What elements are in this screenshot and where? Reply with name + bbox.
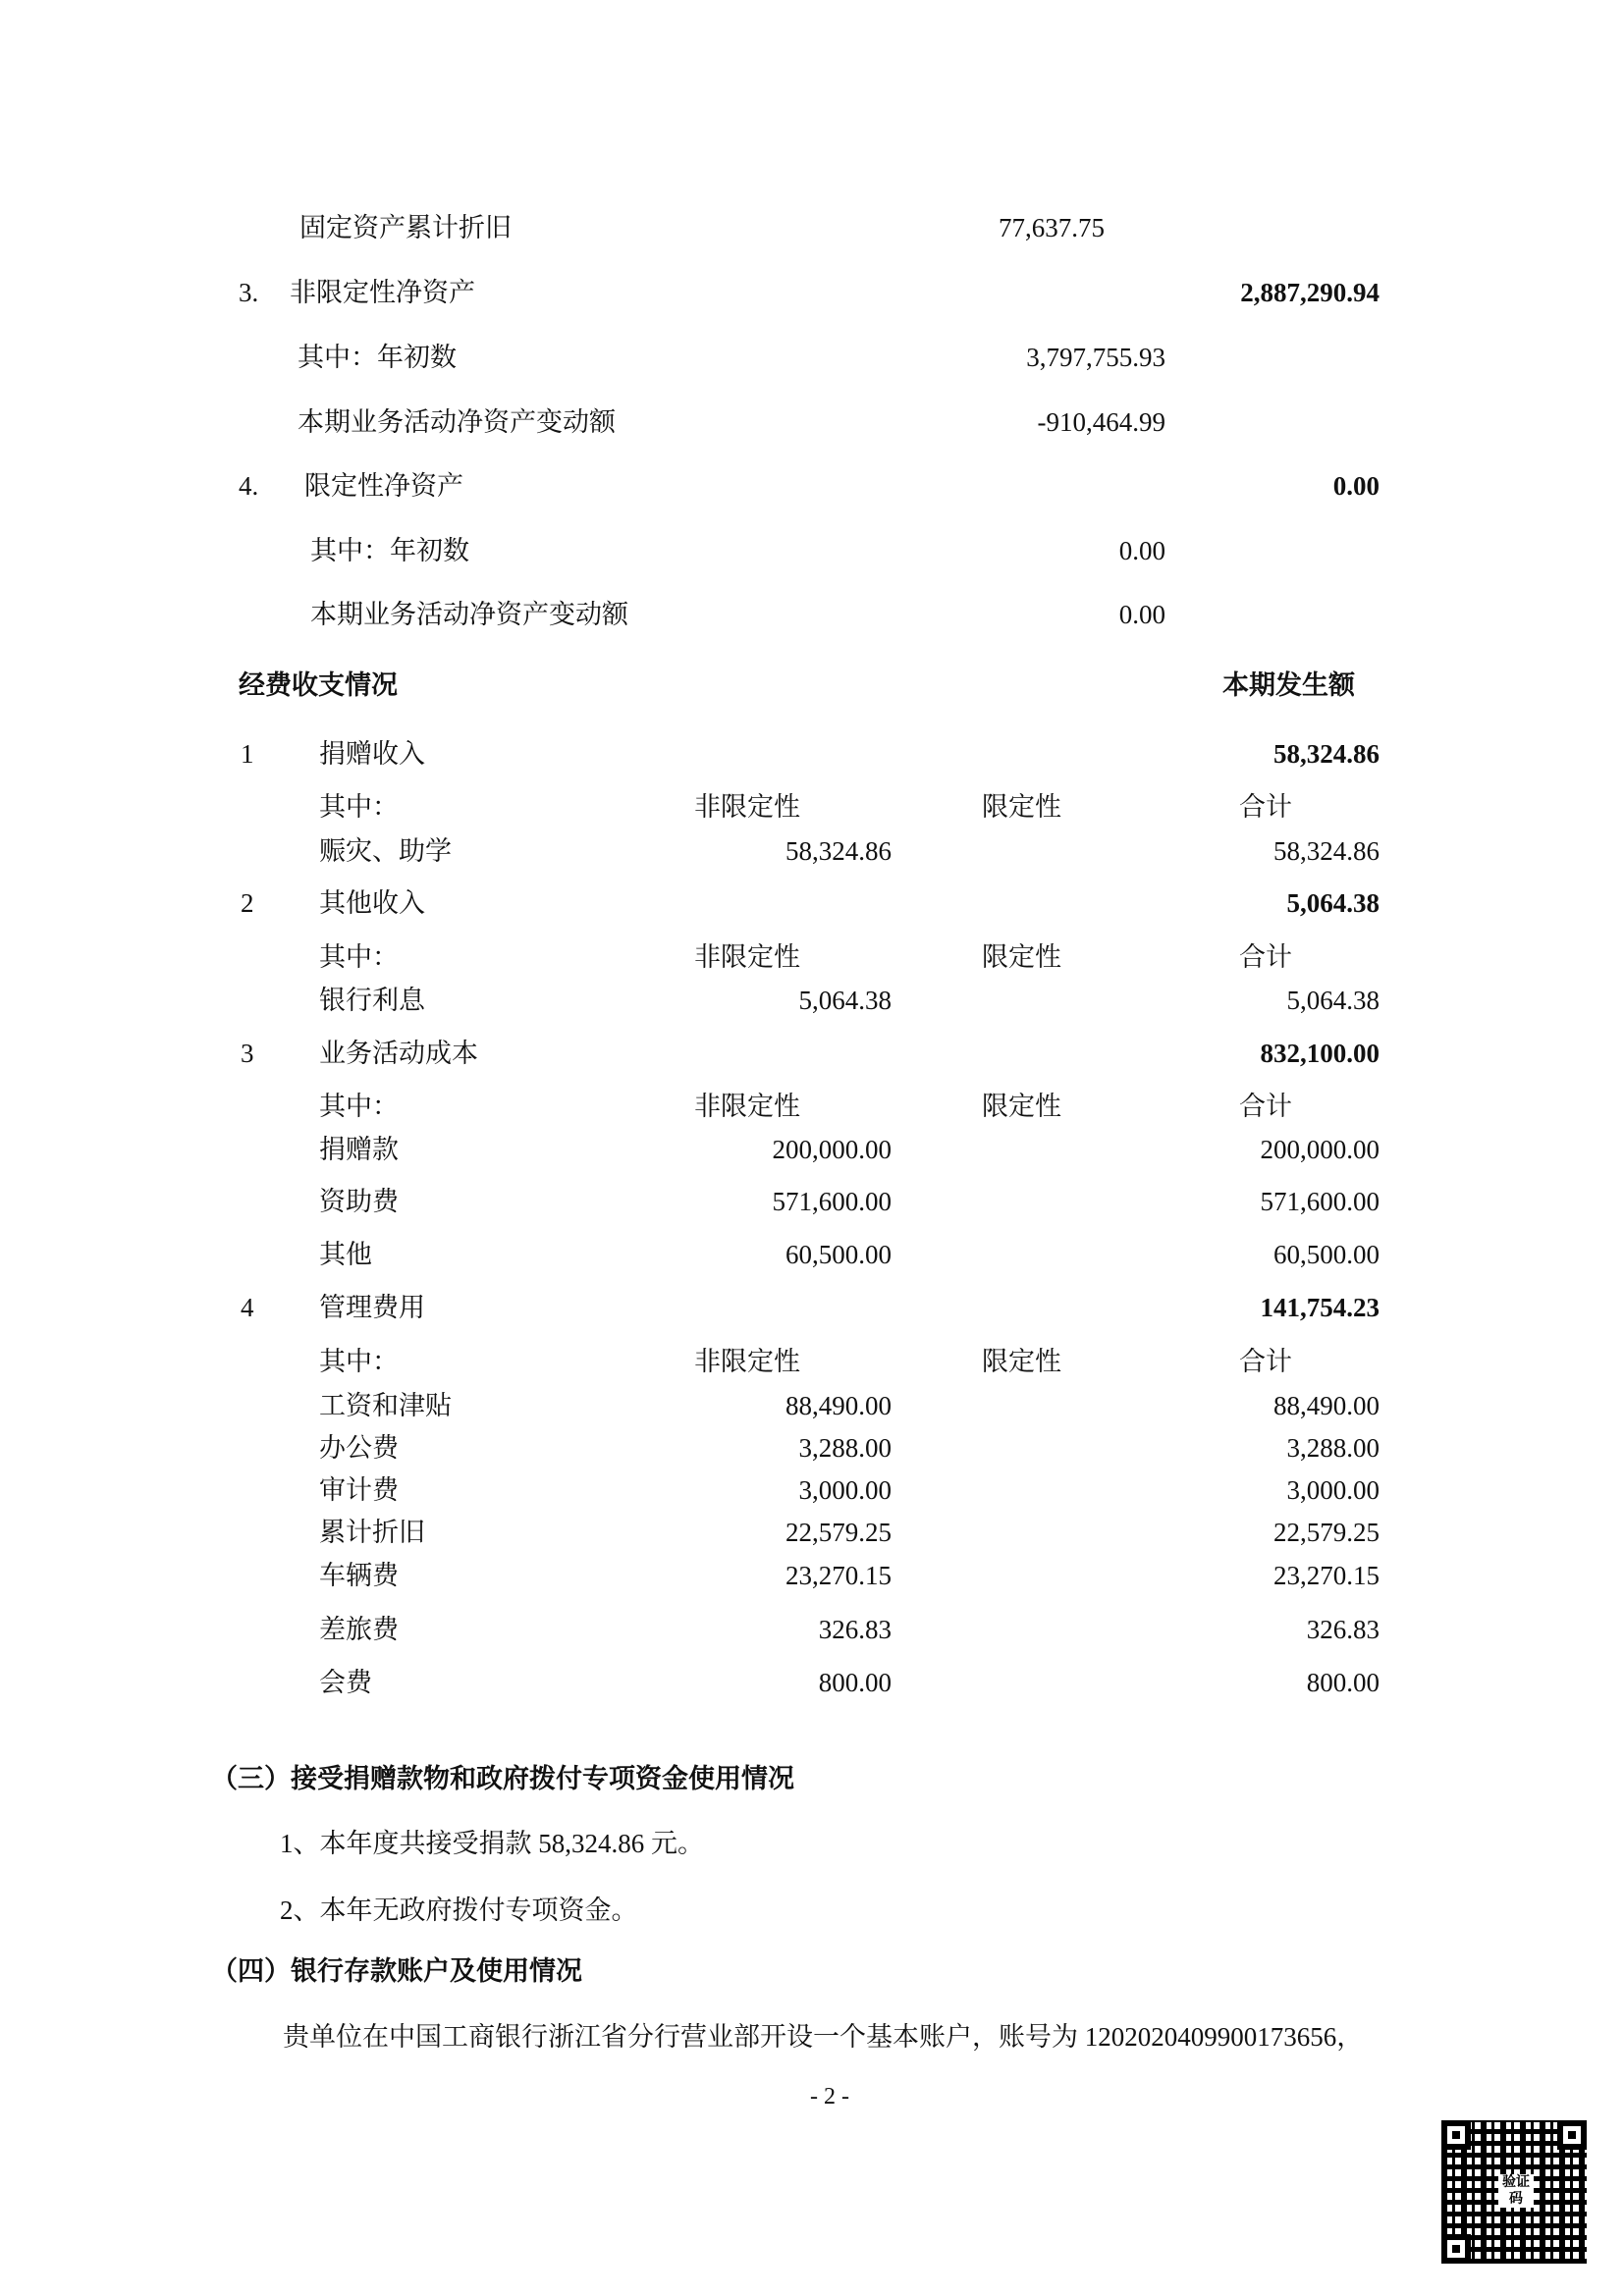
section-total: 832,100.00 (1080, 1038, 1380, 1069)
depreciation-value: 77,637.75 (884, 212, 1105, 243)
item-label: 捐赠款 (319, 1134, 399, 1165)
item-unrestricted: 58,324.86 (687, 835, 892, 867)
restricted-opening-label: 其中：年初数 (310, 535, 469, 566)
total-header: 合计 (1239, 1091, 1292, 1122)
restricted-header: 限定性 (982, 1091, 1061, 1122)
item-label: 审计费 (319, 1474, 399, 1506)
total-header: 合计 (1239, 941, 1292, 973)
unrestricted-header: 非限定性 (694, 1346, 800, 1377)
item-total: 3,288.00 (1178, 1432, 1380, 1464)
section3-heading: （三）接受捐赠款物和政府拨付专项资金使用情况 (211, 1763, 794, 1794)
item-unrestricted: 3,288.00 (687, 1432, 892, 1464)
qr-finder-icon (1557, 2120, 1587, 2150)
item-label: 累计折旧 (319, 1517, 425, 1548)
unrestricted-change-label: 本期业务活动净资产变动额 (298, 406, 616, 438)
page-number: - 2 - (785, 2081, 874, 2112)
of-which-label: 其中： (319, 1091, 399, 1122)
item-unrestricted: 200,000.00 (687, 1134, 892, 1165)
section-total: 5,064.38 (1080, 887, 1380, 919)
unrestricted-header: 非限定性 (694, 1091, 800, 1122)
item-label: 车辆费 (319, 1560, 399, 1591)
item-total: 800.00 (1178, 1667, 1380, 1698)
item-label: 赈灾、助学 (319, 835, 452, 867)
unrestricted-header: 非限定性 (694, 941, 800, 973)
depreciation-label: 固定资产累计折旧 (299, 212, 512, 243)
section-total: 58,324.86 (1080, 738, 1380, 770)
section-total: 141,754.23 (1080, 1292, 1380, 1323)
item-label: 会费 (319, 1667, 372, 1698)
item-label: 资助费 (319, 1186, 399, 1217)
unrestricted-change-value: -910,464.99 (884, 406, 1165, 438)
total-header: 合计 (1239, 1346, 1292, 1377)
item-unrestricted: 88,490.00 (687, 1390, 892, 1421)
section-label: 其他收入 (319, 887, 425, 919)
of-which-label: 其中： (319, 791, 399, 823)
section-label: 捐赠收入 (319, 738, 425, 770)
item-label: 工资和津贴 (319, 1390, 452, 1421)
item-label: 办公费 (319, 1432, 399, 1464)
section-label: 业务活动成本 (319, 1038, 478, 1069)
section-num: 1 (241, 738, 254, 770)
item-total: 60,500.00 (1178, 1239, 1380, 1270)
section-label: 管理费用 (319, 1292, 425, 1323)
income-expense-title: 经费收支情况 (239, 669, 398, 701)
section-num: 2 (241, 887, 254, 919)
restricted-opening-value: 0.00 (884, 535, 1165, 566)
item-total: 88,490.00 (1178, 1390, 1380, 1421)
item-total: 571,600.00 (1178, 1186, 1380, 1217)
restricted-header: 限定性 (982, 1346, 1061, 1377)
item-total: 58,324.86 (1178, 835, 1380, 867)
qr-code-icon: 验证码 (1441, 2120, 1587, 2264)
unrestricted-label: 非限定性净资产 (290, 277, 475, 308)
restricted-total: 0.00 (1080, 470, 1380, 502)
item-unrestricted: 326.83 (687, 1614, 892, 1645)
unrestricted-header: 非限定性 (694, 791, 800, 823)
item-total: 5,064.38 (1178, 985, 1380, 1016)
section-num: 3 (241, 1038, 254, 1069)
unrestricted-total: 2,887,290.94 (1080, 277, 1380, 308)
section-num: 4 (241, 1292, 254, 1323)
restricted-header: 限定性 (982, 941, 1061, 973)
unrestricted-opening-label: 其中：年初数 (298, 342, 457, 373)
item-total: 22,579.25 (1178, 1517, 1380, 1548)
item-unrestricted: 60,500.00 (687, 1239, 892, 1270)
section3-item: 1、本年度共接受捐款 58,324.86 元。 (280, 1828, 704, 1859)
item-unrestricted: 571,600.00 (687, 1186, 892, 1217)
qr-finder-icon (1441, 2120, 1471, 2150)
section3-item: 2、本年无政府拨付专项资金。 (280, 1895, 638, 1926)
restricted-label: 限定性净资产 (304, 470, 463, 502)
item-label: 银行利息 (319, 985, 425, 1016)
qr-finder-icon (1441, 2234, 1471, 2264)
item-unrestricted: 3,000.00 (687, 1474, 892, 1506)
item-unrestricted: 23,270.15 (687, 1560, 892, 1591)
restricted-change-label: 本期业务活动净资产变动额 (310, 599, 628, 630)
qr-label: 验证码 (1498, 2174, 1534, 2208)
item-unrestricted: 22,579.25 (687, 1517, 892, 1548)
item-unrestricted: 800.00 (687, 1667, 892, 1698)
unrestricted-num: 3. (239, 277, 258, 308)
item-total: 23,270.15 (1178, 1560, 1380, 1591)
of-which-label: 其中： (319, 941, 399, 973)
item-total: 3,000.00 (1178, 1474, 1380, 1506)
total-header: 合计 (1239, 791, 1292, 823)
section4-heading: （四）银行存款账户及使用情况 (211, 1955, 582, 1987)
restricted-header: 限定性 (982, 791, 1061, 823)
amount-header: 本期发生额 (1222, 669, 1355, 701)
section4-paragraph: 贵单位在中国工商银行浙江省分行营业部开设一个基本账户，账号为 120202040… (283, 2021, 1363, 2053)
restricted-change-value: 0.00 (884, 599, 1165, 630)
item-unrestricted: 5,064.38 (687, 985, 892, 1016)
item-label: 差旅费 (319, 1614, 399, 1645)
item-total: 200,000.00 (1178, 1134, 1380, 1165)
of-which-label: 其中： (319, 1346, 399, 1377)
item-label: 其他 (319, 1239, 372, 1270)
restricted-num: 4. (239, 470, 258, 502)
unrestricted-opening-value: 3,797,755.93 (884, 342, 1165, 373)
item-total: 326.83 (1178, 1614, 1380, 1645)
